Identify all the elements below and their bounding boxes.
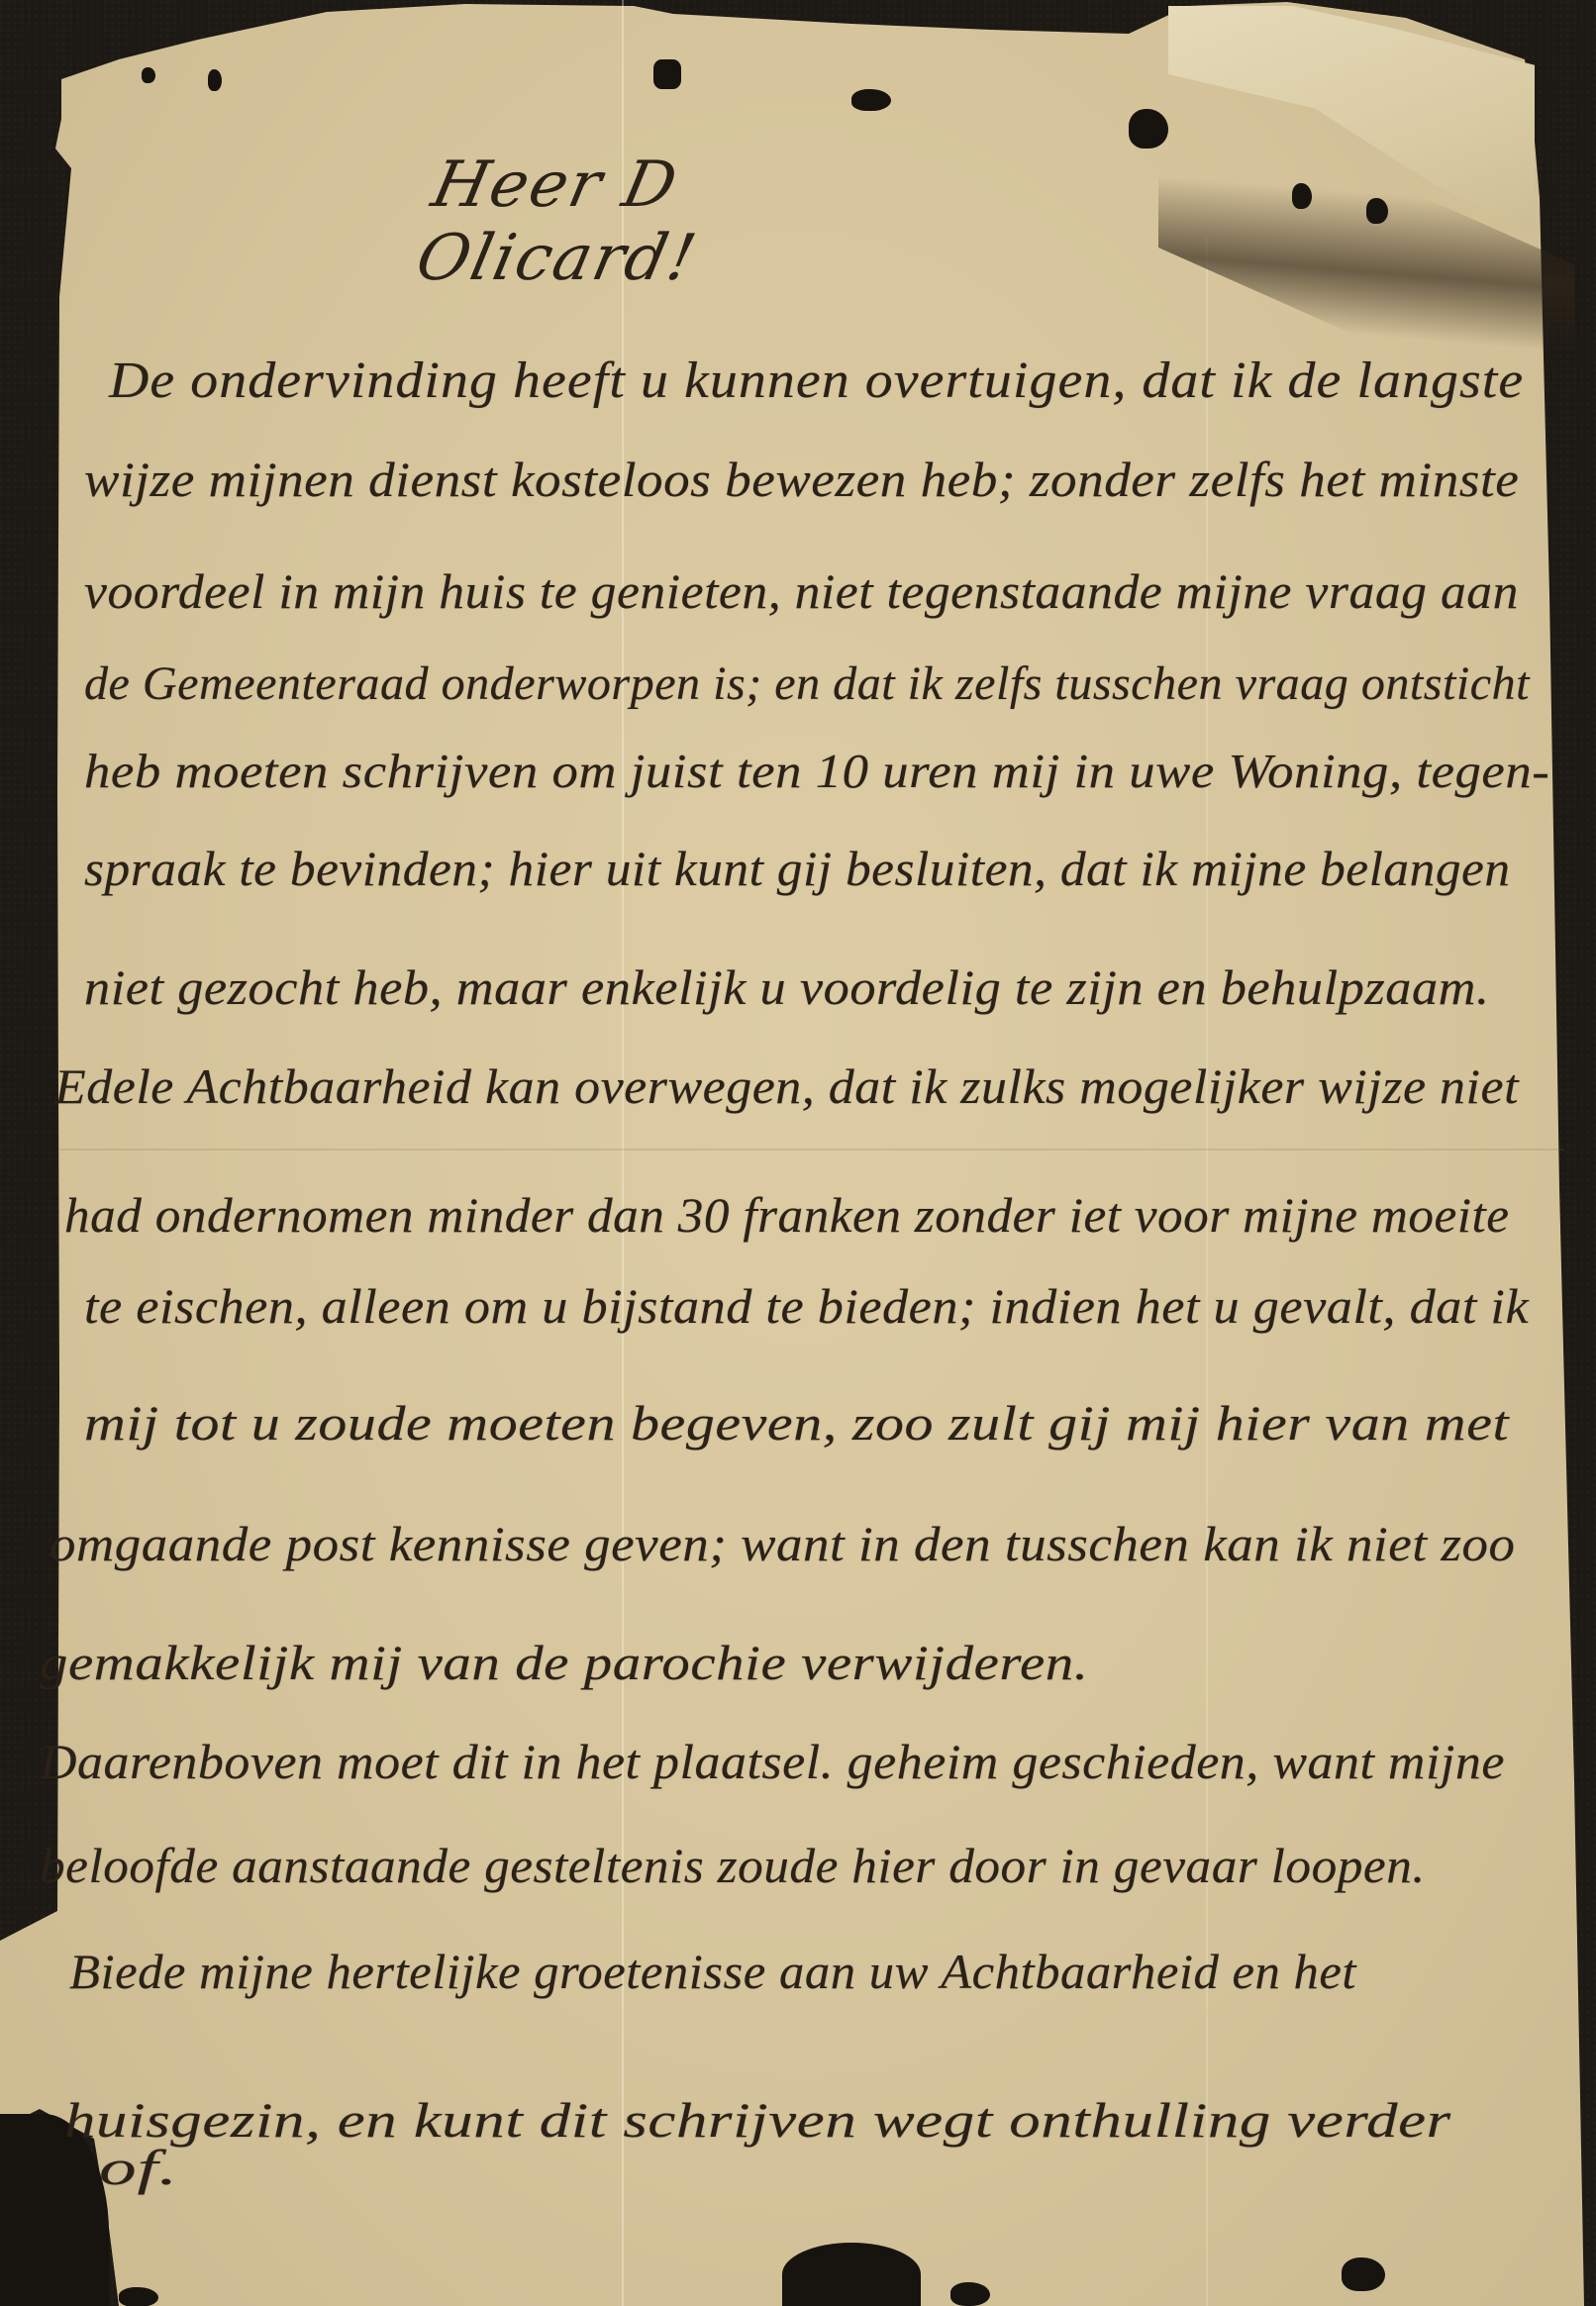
letter-line-16: Biede mijne hertelijke groetenisse aan u… <box>69 1943 1356 2000</box>
letter-line-18: of. <box>99 2139 178 2196</box>
paper-hole <box>1366 198 1388 224</box>
letter-line-3: voordeel in mijn huis te genieten, niet … <box>84 562 1519 620</box>
letter-line-11: mij tot u zoude moeten begeven, zoo zult… <box>84 1394 1509 1452</box>
paper-hole <box>1292 183 1312 209</box>
letter-line-9: had ondernomen minder dan 30 franken zon… <box>64 1186 1510 1244</box>
paper-hole <box>782 2243 921 2306</box>
paper-hole <box>208 69 222 91</box>
letter-line-5: heb moeten schrijven om juist ten 10 ure… <box>84 743 1549 799</box>
letter-line-10: te eischen, alleen om u bijstand te bied… <box>84 1277 1529 1335</box>
letter-line-8: Edele Achtbaarheid kan overwegen, dat ik… <box>54 1057 1519 1115</box>
paper-hole <box>1342 2257 1385 2291</box>
salutation: Heer D Olicard! <box>410 149 955 295</box>
letter-line-1: De ondervinding heeft u kunnen overtuige… <box>109 351 1524 410</box>
horizontal-crease <box>59 1149 1564 1151</box>
letter-line-12: omgaande post kennisse geven; want in de… <box>50 1515 1515 1572</box>
letter-line-15: beloofde aanstaande gesteltenis zoude hi… <box>40 1837 1426 1894</box>
letter-line-17: huisgezin, en kunt dit schrijven wegt on… <box>64 2091 1451 2149</box>
letter-line-2: wijze mijnen dienst kosteloos bewezen he… <box>84 451 1519 508</box>
paper-hole <box>950 2282 990 2306</box>
letter-line-6: spraak te bevinden; hier uit kunt gij be… <box>84 840 1511 897</box>
paper-hole <box>653 59 681 89</box>
paper-hole <box>1129 109 1168 149</box>
paper-hole <box>851 89 891 111</box>
letter-line-4: de Gemeenteraad onderworpen is; en dat i… <box>84 656 1530 711</box>
letter-line-13: gemakkelijk mij van de parochie verwijde… <box>40 1634 1089 1691</box>
paper-hole <box>142 67 155 83</box>
letter-line-7: niet gezocht heb, maar enkelijk u voorde… <box>84 958 1490 1016</box>
letter-line-14: Daarenboven moet dit in het plaatsel. ge… <box>40 1733 1505 1790</box>
paper-hole <box>119 2287 158 2306</box>
